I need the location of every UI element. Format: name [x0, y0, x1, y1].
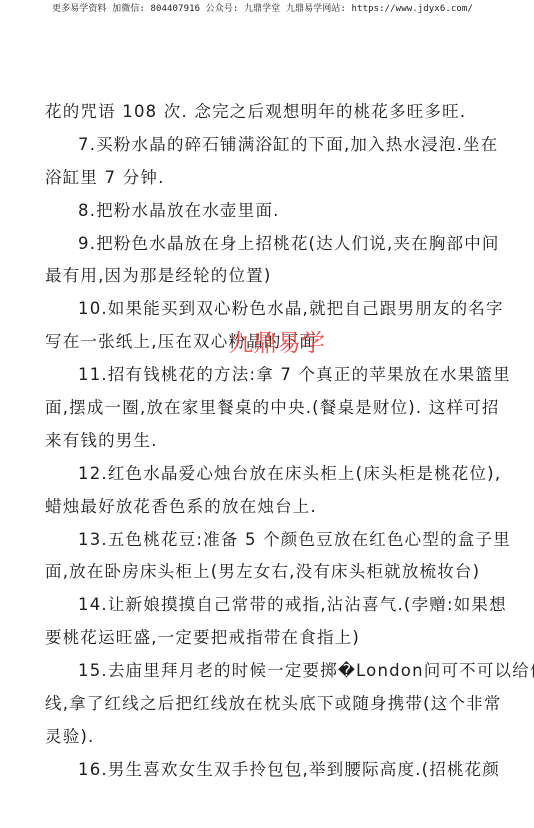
document-page: 花的咒语 108 次. 念完之后观想明年的桃花多旺多旺. 7.买粉水晶的碎石铺满…	[45, 96, 483, 787]
text-line: 13.五色桃花豆:准备 5 个颜色豆放在红色心型的盒子里	[45, 524, 483, 557]
header-banner: 更多易学资料 加微信: 804407916 公众号: 九鼎学堂 九鼎易学网站: …	[52, 3, 473, 15]
text-line: 14.让新娘摸摸自己常带的戒指,沾沾喜气.(孛赠:如果想	[45, 589, 483, 622]
text-line: 7.买粉水晶的碎石铺满浴缸的下面,加入热水浸泡.坐在	[45, 129, 483, 162]
text-line: 蜡烛最好放花香色系的放在烛台上.	[45, 491, 483, 524]
text-line: 面,摆成一圈,放在家里餐桌的中央.(餐桌是财位). 这样可招	[45, 392, 483, 425]
text-line: 15.去庙里拜月老的时候一定要掷�London问可不可以给你红	[45, 655, 483, 688]
text-line: 花的咒语 108 次. 念完之后观想明年的桃花多旺多旺.	[45, 96, 483, 129]
text-line: 最有用,因为那是经轮的位置)	[45, 260, 483, 293]
text-line: 9.把粉色水晶放在身上招桃花(达人们说,夹在胸部中间	[45, 228, 483, 261]
text-line: 12.红色水晶爱心烛台放在床头柜上(床头柜是桃花位),	[45, 458, 483, 491]
text-line: 要桃花运旺盛,一定要把戒指带在食指上)	[45, 622, 483, 655]
text-line: 灵验).	[45, 721, 483, 754]
text-line: 面,放在卧房床头柜上(男左女右,没有床头柜就放梳妆台)	[45, 556, 483, 589]
text-line: 11.招有钱桃花的方法:拿 7 个真正的苹果放在水果篮里	[45, 359, 483, 392]
text-line: 浴缸里 7 分钟.	[45, 162, 483, 195]
text-line: 16.男生喜欢女生双手拎包包,举到腰际高度.(招桃花颜	[45, 754, 483, 787]
watermark: 九鼎易学	[229, 328, 325, 358]
text-line: 线,拿了红线之后把红线放在枕头底下或随身携带(这个非常	[45, 688, 483, 721]
text-line: 8.把粉水晶放在水壶里面.	[45, 195, 483, 228]
text-line: 来有钱的男生.	[45, 425, 483, 458]
text-line: 10.如果能买到双心粉色水晶,就把自己跟男朋友的名字	[45, 293, 483, 326]
